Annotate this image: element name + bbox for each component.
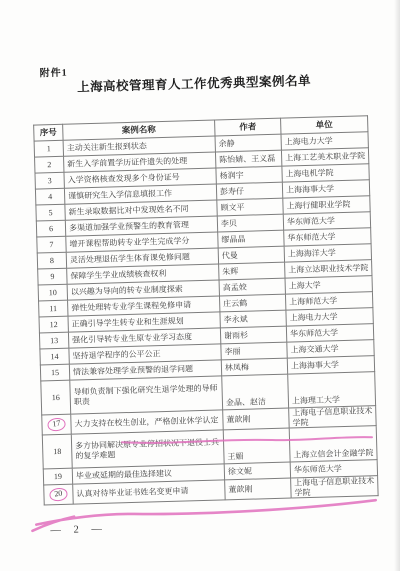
cell-no: 17: [42, 414, 72, 435]
cell-author: 顾文平: [217, 198, 283, 216]
cell-author: 代曼: [218, 246, 284, 264]
cell-name: 多方协同解决原专业停招状况下退役士兵的复学难题: [71, 430, 224, 468]
cell-name: 认真对待毕业证书姓名变更申请: [73, 480, 225, 504]
cell-author: 李丽: [221, 342, 287, 360]
cell-no: 2: [35, 156, 64, 173]
circled-row-number: 20: [49, 487, 68, 502]
case-table-body: 1主动关注新生报到状态余静上海电力大学2新生入学前置学历证件遗失的处理陈怡婧、王…: [34, 132, 378, 505]
cell-no: 5: [36, 204, 65, 221]
cell-author: 徐文妮: [224, 462, 290, 480]
cell-author: 李永斌: [220, 310, 286, 328]
case-table: 序号 案例名称 作者 单位 1主动关注新生报到状态余静上海电力大学2新生入学前置…: [33, 115, 379, 505]
cell-author: 彭寿仔: [216, 182, 282, 200]
cell-no: 6: [36, 220, 65, 237]
cell-author: 王媚: [223, 428, 290, 464]
cell-author: 缪晶晶: [218, 230, 284, 248]
cell-no: 15: [40, 364, 69, 381]
cell-author: 谢雨杉: [220, 326, 286, 344]
cell-no: 14: [40, 348, 69, 365]
cell-unit: 上海电子信息职业技术学院: [289, 406, 377, 428]
scanned-document-page: 附件1 上海高校管理育人工作优秀典型案例名单 序号 案例名称 作者 单位 1主动…: [0, 0, 400, 571]
cell-no: 4: [35, 188, 64, 205]
header-author: 作者: [215, 118, 281, 136]
circled-row-number: 17: [47, 417, 66, 432]
page-number: — 2 —: [50, 524, 107, 537]
cell-author: 杨润宇: [216, 166, 282, 184]
cell-name: 导师负责制下强化研究生退学处理的导师职责: [70, 376, 223, 414]
cell-author: 庄云鹤: [219, 294, 285, 312]
cell-no: 11: [39, 300, 68, 317]
cell-author: 高孟姣: [219, 278, 285, 296]
cell-no: 10: [38, 284, 67, 301]
cell-author: 朱辉: [219, 262, 285, 280]
paper-content: 附件1 上海高校管理育人工作优秀典型案例名单 序号 案例名称 作者 单位 1主动…: [0, 0, 400, 571]
cell-unit: 上海电子信息职业技术学院: [291, 476, 379, 498]
cell-no: 12: [39, 316, 68, 333]
cell-author: 陈怡婧、王义磊: [215, 150, 281, 168]
cell-no: 7: [37, 236, 66, 253]
cell-author: 林凤梅: [221, 358, 287, 376]
cell-author: 董歆刚: [223, 408, 290, 430]
cell-author: 李贝: [217, 214, 283, 232]
cell-no: 13: [39, 332, 68, 349]
scan-edge-shadow: [394, 0, 400, 571]
cell-no: 19: [43, 468, 72, 485]
cell-no: 3: [35, 172, 64, 189]
cell-no: 16: [41, 380, 71, 415]
cell-unit: 上海立信会计金融学院: [289, 426, 377, 462]
cell-no: 18: [42, 434, 72, 469]
cell-author: 余静: [215, 134, 281, 152]
cell-no: 20: [44, 484, 74, 505]
cell-author: 金晶、赵洁: [222, 374, 289, 410]
cell-author: 董歆刚: [225, 478, 292, 500]
cell-no: 8: [37, 252, 66, 269]
cell-no: 1: [34, 140, 63, 157]
header-no: 序号: [34, 124, 63, 141]
cell-unit: 上海理工大学: [288, 372, 376, 408]
cell-no: 9: [38, 268, 67, 285]
case-table-wrap: 序号 案例名称 作者 单位 1主动关注新生报到状态余静上海电力大学2新生入学前置…: [33, 115, 374, 505]
